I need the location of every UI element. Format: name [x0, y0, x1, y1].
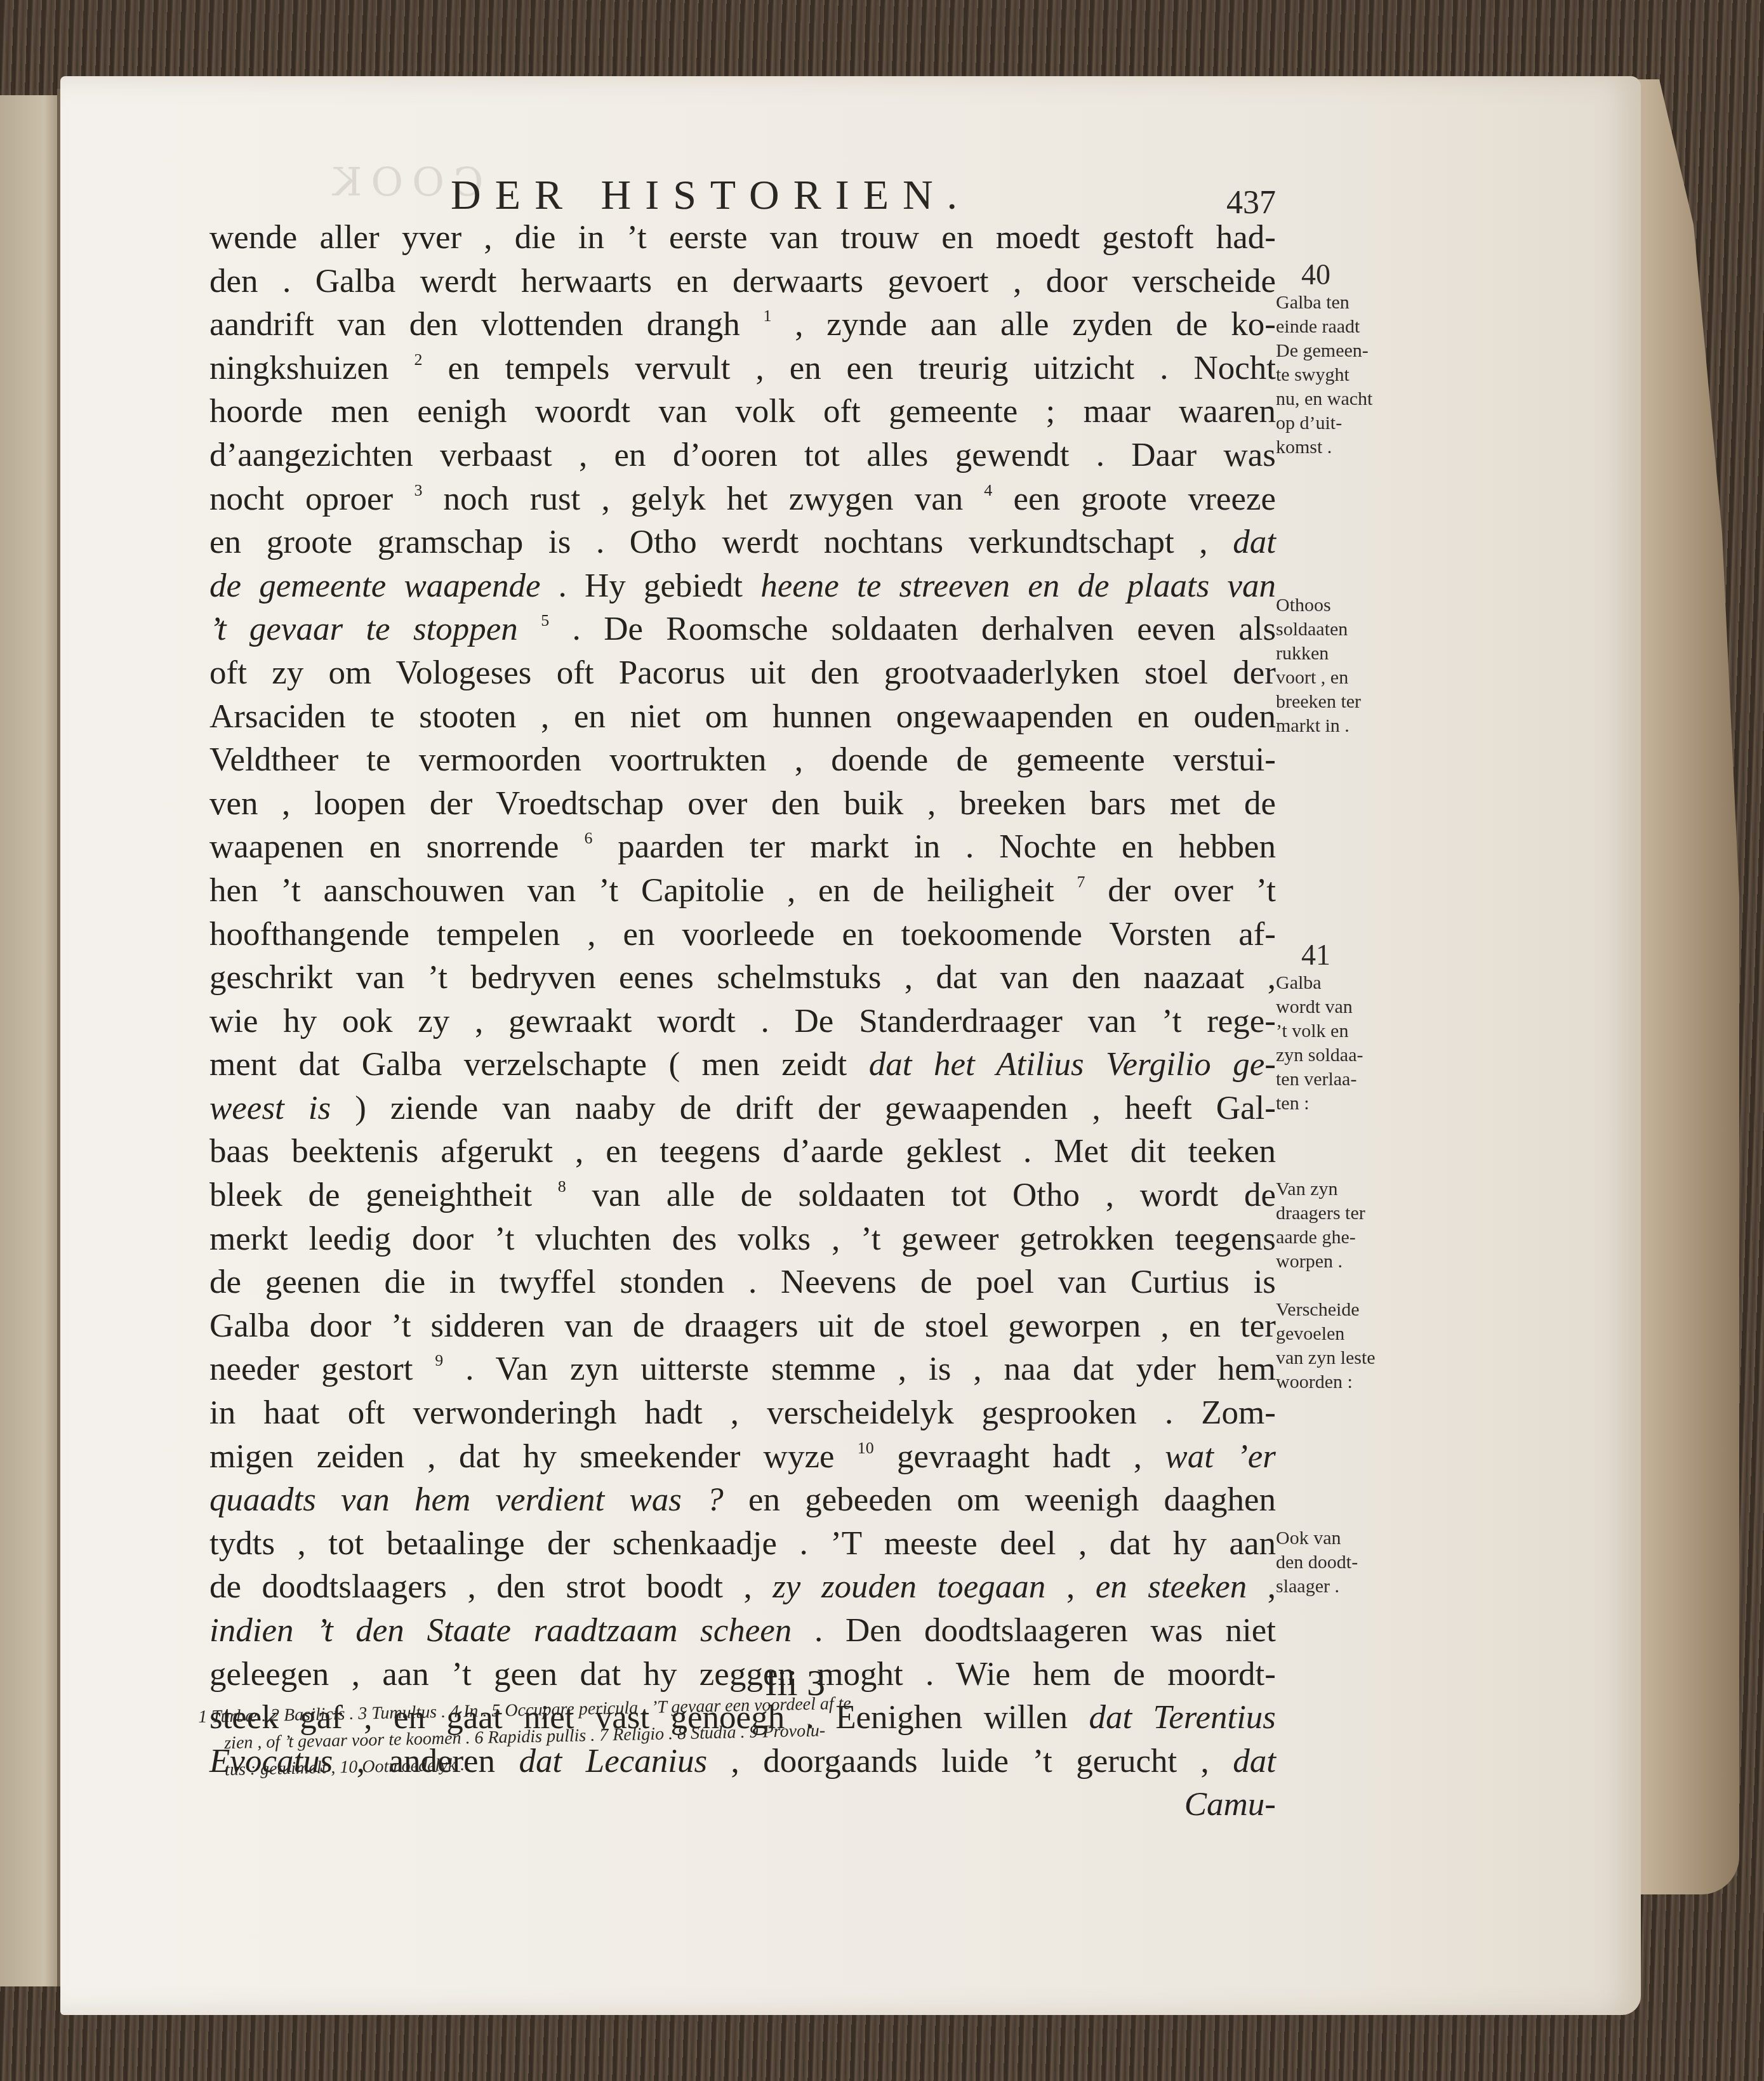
text-run: migen zeiden , dat hy smeekender wyze: [209, 1438, 858, 1475]
text-line: aandrift van den vlottenden drangh 1 , z…: [209, 303, 1276, 347]
text-run: hoofthangende tempelen , en voorleede en…: [209, 916, 1276, 953]
text-line: Veldtheer te vermoorden voortrukten , do…: [209, 738, 1276, 782]
margin-note-line: op d’uit-: [1276, 411, 1416, 435]
text-run: Veldtheer te vermoorden voortrukten , do…: [209, 741, 1276, 778]
italic-text: quaadts van hem verdient was ?: [209, 1481, 724, 1518]
margin-note-line: zyn soldaa-: [1276, 1043, 1416, 1067]
text-run: geschrikt van ’t bedryven eenes schelmst…: [209, 959, 1276, 996]
text-run: in haat oft verwonderingh hadt , versche…: [209, 1394, 1276, 1431]
text-run: Galba door ’t sidderen van de draagers u…: [209, 1307, 1276, 1344]
margin-note-line: voort , en: [1276, 666, 1416, 690]
margin-note-line: worpen .: [1276, 1250, 1416, 1274]
text-run: Arsaciden te stooten , en niet om hunnen…: [209, 698, 1276, 735]
text-line: den . Galba werdt herwaarts en derwaarts…: [209, 260, 1276, 303]
italic-text: ’t gevaar te stoppen: [209, 611, 518, 647]
text-line: ment dat Galba verzelschapte ( men zeidt…: [209, 1043, 1276, 1087]
footnote-ref: 3: [414, 481, 422, 499]
text-run: ,: [1045, 1568, 1095, 1605]
text-line: d’aangezichten verbaast , en d’ooren tot…: [209, 433, 1276, 477]
italic-text: de gemeente waapende: [209, 567, 540, 604]
text-run: [518, 611, 541, 647]
text-run: gevraaght hadt ,: [874, 1438, 1165, 1475]
text-line: migen zeiden , dat hy smeekender wyze 10…: [209, 1435, 1276, 1479]
italic-text: dat: [1233, 524, 1276, 560]
margin-note-line: Van zyn: [1276, 1177, 1416, 1201]
text-run: paarden ter markt in . Nochte en hebben: [592, 828, 1276, 865]
margin-note-line: breeken ter: [1276, 690, 1416, 714]
text-line: quaadts van hem verdient was ? en gebeed…: [209, 1478, 1276, 1522]
text-run: needer gestort: [209, 1351, 435, 1387]
body-text: wende aller yver , die in ’t eerste van …: [209, 216, 1276, 1827]
text-run: noch rust , gelyk het zwygen van: [422, 480, 984, 517]
margin-note-line: nu, en wacht: [1276, 387, 1416, 411]
margin-note-line: markt in .: [1276, 714, 1416, 738]
section-number: 40: [1276, 259, 1416, 291]
margin-note-line: ten verlaa-: [1276, 1067, 1416, 1092]
margin-note-line: ’t volk en: [1276, 1019, 1416, 1043]
text-run: aandrift van den vlottenden drangh: [209, 306, 764, 343]
section-number: 41: [1276, 939, 1416, 971]
margin-note: Van zyndraagers teraarde ghe-worpen .: [1276, 1177, 1416, 1274]
text-line: weest is ) ziende van naaby de drift der…: [209, 1087, 1276, 1130]
text-run: . Van zyn uitterste stemme , is , naa da…: [443, 1351, 1276, 1387]
footnote-ref: 8: [558, 1177, 566, 1196]
text-line: geschrikt van ’t bedryven eenes schelmst…: [209, 956, 1276, 1000]
text-run: , zynde aan alle zyden de ko-: [772, 306, 1276, 343]
catchword: Camu-: [209, 1783, 1276, 1827]
margin-note-line: einde raadt: [1276, 315, 1416, 339]
text-run: de doodtslaagers , den strot boodt ,: [209, 1568, 773, 1605]
text-run: . De Roomsche soldaaten derhalven eeven …: [549, 611, 1276, 647]
text-run: der over ’t: [1085, 872, 1276, 909]
text-run: de geenen die in twyffel stonden . Neeve…: [209, 1264, 1276, 1300]
margin-note-line: komst .: [1276, 435, 1416, 459]
book-page-block-edges: [1625, 79, 1739, 1894]
italic-text: en steeken: [1096, 1568, 1247, 1605]
margin-note: 40Galba teneinde raadtDe gemeen-te swygh…: [1276, 259, 1416, 459]
footnote-ref: 2: [414, 350, 423, 369]
margin-note-line: Galba: [1276, 971, 1416, 995]
margin-note-line: Verscheide: [1276, 1298, 1416, 1322]
margin-note-line: soldaaten: [1276, 618, 1416, 642]
margin-note-line: Galba ten: [1276, 291, 1416, 315]
text-run: wie hy ook zy , gewraakt wordt . De Stan…: [209, 1003, 1276, 1040]
text-run: en gebeeden om weenigh daaghen: [724, 1481, 1276, 1518]
text-run: een groote vreeze: [992, 480, 1276, 517]
text-run: nocht oproer: [209, 480, 414, 517]
text-line: wie hy ook zy , gewraakt wordt . De Stan…: [209, 1000, 1276, 1043]
margin-note-line: De gemeen-: [1276, 339, 1416, 363]
text-run: en tempels vervult , en een treurig uitz…: [423, 350, 1276, 386]
italic-text: wat ’er: [1165, 1438, 1276, 1475]
text-line: tydts , tot betaalinge der schenkaadje .…: [209, 1522, 1276, 1566]
text-line: nocht oproer 3 noch rust , gelyk het zwy…: [209, 477, 1276, 521]
margin-note-line: Othoos: [1276, 593, 1416, 618]
text-line: de doodtslaagers , den strot boodt , zy …: [209, 1565, 1276, 1609]
margin-note-line: draagers ter: [1276, 1201, 1416, 1225]
text-run: . Den doodtslaageren was niet: [792, 1612, 1276, 1649]
text-line: ’t gevaar te stoppen 5 . De Roomsche sol…: [209, 607, 1276, 651]
footnote-ref: 1: [764, 307, 772, 325]
margin-note-line: te swyght: [1276, 363, 1416, 387]
italic-text: weest is: [209, 1090, 331, 1126]
margin-note: 41Galbawordt van’t volk enzyn soldaa-ten…: [1276, 939, 1416, 1116]
text-run: ,: [1247, 1568, 1276, 1605]
text-line: bleek de geneightheit 8 van alle de sold…: [209, 1173, 1276, 1217]
text-line: de geenen die in twyffel stonden . Neeve…: [209, 1260, 1276, 1304]
italic-text: heene te streeven en de plaats van: [760, 567, 1276, 604]
text-line: ningkshuizen 2 en tempels vervult , en e…: [209, 347, 1276, 390]
running-head: DER HISTORIEN.: [451, 171, 971, 220]
margin-note-line: wordt van: [1276, 995, 1416, 1019]
footnote-ref: 6: [584, 829, 592, 847]
text-line: Galba door ’t sidderen van de draagers u…: [209, 1304, 1276, 1348]
text-run: en groote gramschap is . Otho werdt noch…: [209, 524, 1233, 560]
text-run: wende aller yver , die in ’t eerste van …: [209, 219, 1276, 256]
text-line: Arsaciden te stooten , en niet om hunnen…: [209, 695, 1276, 739]
margin-note: Verscheidegevoelenvan zyn lestewoorden :: [1276, 1298, 1416, 1394]
margin-note-line: ten :: [1276, 1092, 1416, 1116]
text-line: hoofthangende tempelen , en voorleede en…: [209, 913, 1276, 956]
text-line: baas beektenis afgerukt , en teegens d’a…: [209, 1130, 1276, 1173]
text-line: indien ’t den Staate raadtzaam scheen . …: [209, 1609, 1276, 1653]
text-line: ven , loopen der Vroedtschap over den bu…: [209, 782, 1276, 826]
footnote-ref: 4: [984, 481, 992, 499]
footnote-ref: 9: [435, 1351, 443, 1370]
margin-note: Ook vanden doodt-slaager .: [1276, 1526, 1416, 1599]
text-run: merkt leedig door ’t vluchten des volks …: [209, 1220, 1276, 1257]
margin-note-line: van zyn leste: [1276, 1346, 1416, 1370]
footnote-ref: 7: [1077, 873, 1085, 891]
margin-note-line: gevoelen: [1276, 1322, 1416, 1346]
footnote-ref: 5: [541, 611, 549, 630]
footnote-ref: 10: [858, 1439, 874, 1457]
facing-page-edge: [0, 95, 63, 1986]
text-line: in haat oft verwonderingh hadt , versche…: [209, 1391, 1276, 1435]
italic-text: indien ’t den Staate raadtzaam scheen: [209, 1612, 792, 1649]
text-run: waapenen en snorrende: [209, 828, 584, 865]
text-run: . Hy gebiedt: [540, 567, 760, 604]
text-run: ) ziende van naaby de drift der gewaapen…: [331, 1090, 1276, 1126]
margin-note: Othoossoldaatenrukkenvoort , enbreeken t…: [1276, 593, 1416, 738]
margin-note-line: den doodt-: [1276, 1550, 1416, 1575]
text-line: needer gestort 9 . Van zyn uitterste ste…: [209, 1347, 1276, 1391]
margin-note-line: rukken: [1276, 642, 1416, 666]
text-line: merkt leedig door ’t vluchten des volks …: [209, 1217, 1276, 1261]
text-run: oft zy om Vologeses oft Pacorus uit den …: [209, 654, 1276, 691]
margin-note-line: woorden :: [1276, 1370, 1416, 1394]
text-run: den . Galba werdt herwaarts en derwaarts…: [209, 263, 1276, 300]
text-run: hoorde men eenigh woordt van volk oft ge…: [209, 393, 1276, 430]
text-line: de gemeente waapende . Hy gebiedt heene …: [209, 564, 1276, 608]
text-line: wende aller yver , die in ’t eerste van …: [209, 216, 1276, 260]
text-run: hen ’t aanschouwen van ’t Capitolie , en…: [209, 872, 1077, 909]
text-run: ningkshuizen: [209, 350, 414, 386]
text-line: hen ’t aanschouwen van ’t Capitolie , en…: [209, 869, 1276, 913]
italic-text: zy zouden toegaan: [773, 1568, 1045, 1605]
text-run: bleek de geneightheit: [209, 1177, 558, 1213]
text-run: tydts , tot betaalinge der schenkaadje .…: [209, 1525, 1276, 1562]
text-line: waapenen en snorrende 6 paarden ter mark…: [209, 825, 1276, 869]
text-line: en groote gramschap is . Otho werdt noch…: [209, 520, 1276, 564]
italic-text: dat het Atilius Vergilio ge-: [869, 1046, 1276, 1083]
text-run: baas beektenis afgerukt , en teegens d’a…: [209, 1133, 1276, 1170]
text-line: oft zy om Vologeses oft Pacorus uit den …: [209, 651, 1276, 695]
margin-note-line: aarde ghe-: [1276, 1225, 1416, 1250]
text-line: hoorde men eenigh woordt van volk oft ge…: [209, 390, 1276, 433]
text-run: van alle de soldaaten tot Otho , wordt d…: [566, 1177, 1276, 1213]
margin-note-line: Ook van: [1276, 1526, 1416, 1550]
text-run: ven , loopen der Vroedtschap over den bu…: [209, 785, 1276, 822]
text-run: d’aangezichten verbaast , en d’ooren tot…: [209, 437, 1276, 473]
text-run: ment dat Galba verzelschapte ( men zeidt: [209, 1046, 869, 1083]
margin-note-line: slaager .: [1276, 1575, 1416, 1599]
